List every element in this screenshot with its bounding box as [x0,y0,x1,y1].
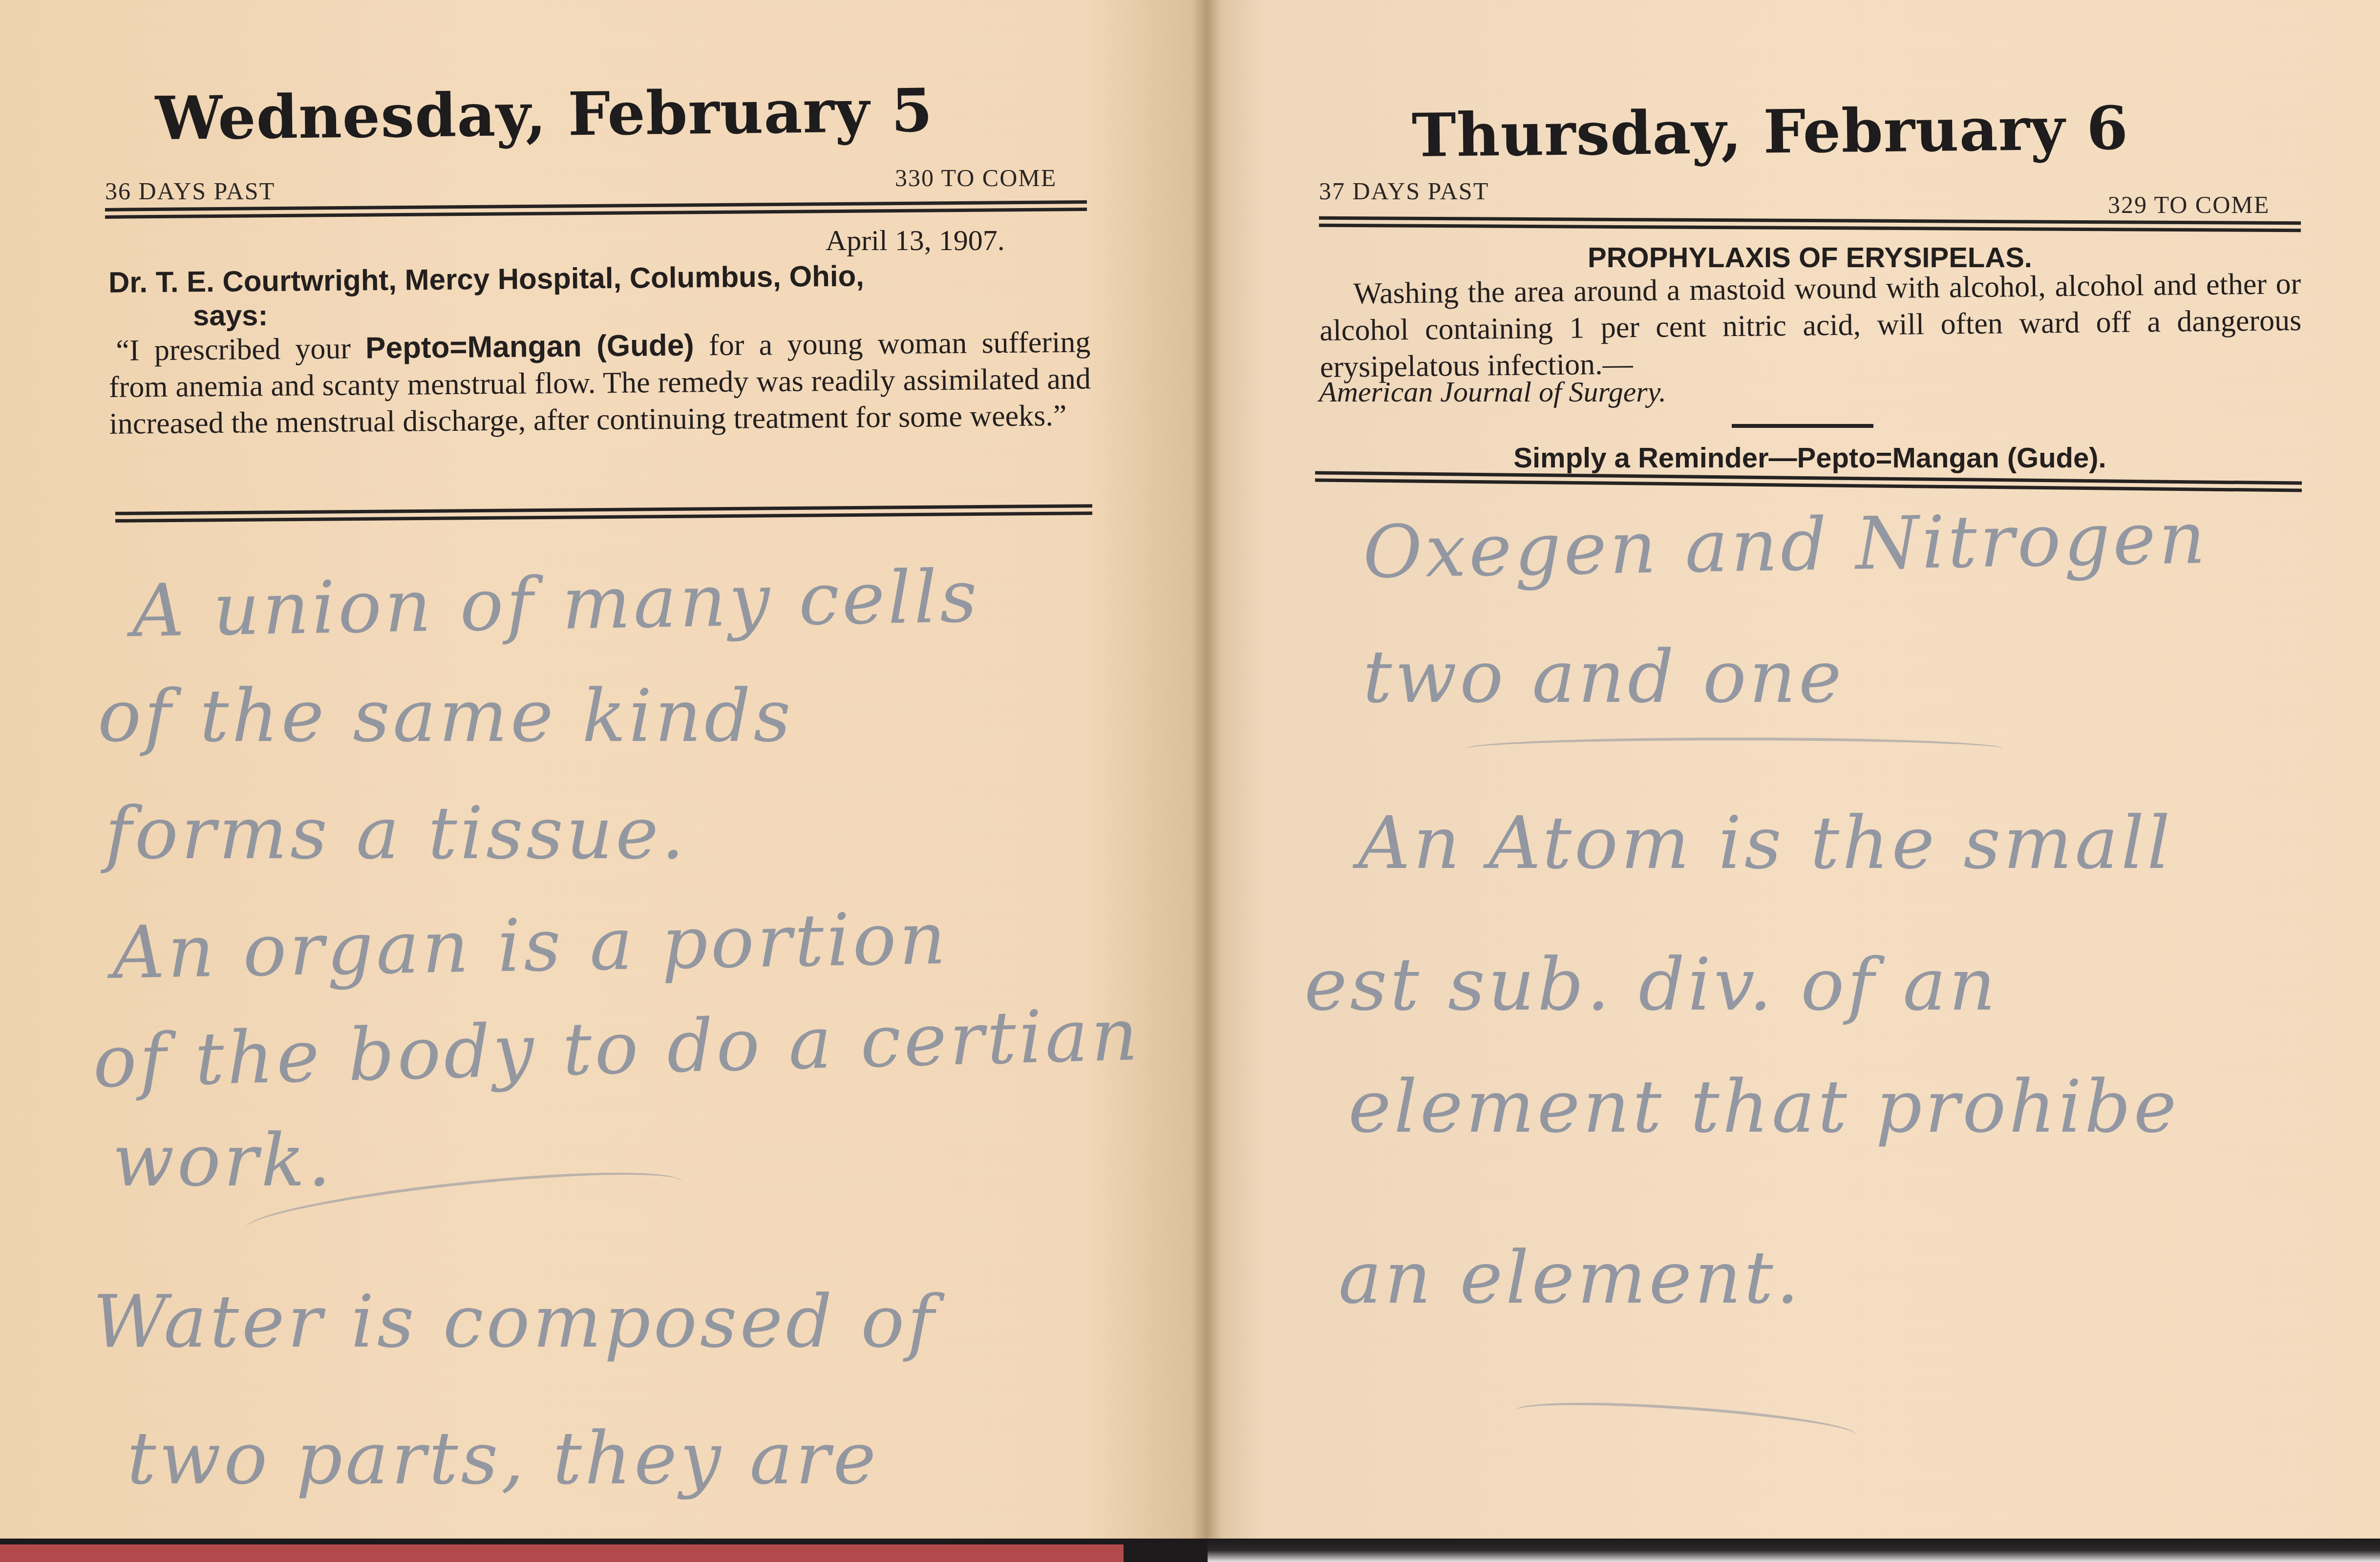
book-bottom-edge [0,1539,2380,1562]
article-source: American Journal of Surgery. [1319,374,1666,410]
handwriting-line: Water is composed of [93,1280,937,1364]
product-name: Pepto=Mangan [365,330,582,365]
handwriting-line: An Atom is the small [1358,801,2173,885]
pencil-underline [1466,738,2003,760]
testimonial-says: says: [193,297,268,334]
quote-lead: “I prescribed your [108,332,365,367]
handwriting-line: Oxegen and Nitrogen [1362,496,2209,594]
handwriting-line: work. [112,1119,334,1203]
book-gutter [1192,0,1221,1539]
handwriting-line: an element. [1339,1236,1802,1320]
handwriting-line: two parts, they are [127,1416,879,1500]
testimonial-date: April 13, 1907. [826,222,1005,259]
right-days-past: 37 DAYS PAST [1319,177,1489,205]
right-days-to-come: 329 TO COME [2108,190,2270,219]
handwriting-line: est sub. div. of an [1304,943,1998,1027]
red-cloth-binding [0,1544,1124,1562]
short-divider [1732,424,1873,428]
left-days-past: 36 DAYS PAST [105,177,275,205]
handwriting-line: An organ is a portion [112,896,950,995]
testimonial-quote: “I prescribed your Pepto=Mangan (Gude) f… [108,323,1091,443]
reminder-text: Simply a Reminder—Pepto=Mangan (Gude). [1319,440,2301,476]
handwriting-line: element that prohibe [1348,1065,2179,1149]
handwriting-line: two and one [1363,635,1845,719]
right-date-title: Thursday, February 6 [1411,93,2129,170]
article-body: Washing the area around a mastoid wound … [1319,266,2302,386]
handwriting-line: forms a tissue. [105,791,687,875]
left-date-title: Wednesday, February 5 [155,75,933,153]
edge-shadow [1208,1539,2380,1562]
left-days-to-come: 330 TO COME [895,164,1057,192]
handwriting-line: of the same kinds [98,674,794,758]
product-paren: (Gude) [596,329,694,363]
handwriting-line: A union of many cells [131,554,981,653]
